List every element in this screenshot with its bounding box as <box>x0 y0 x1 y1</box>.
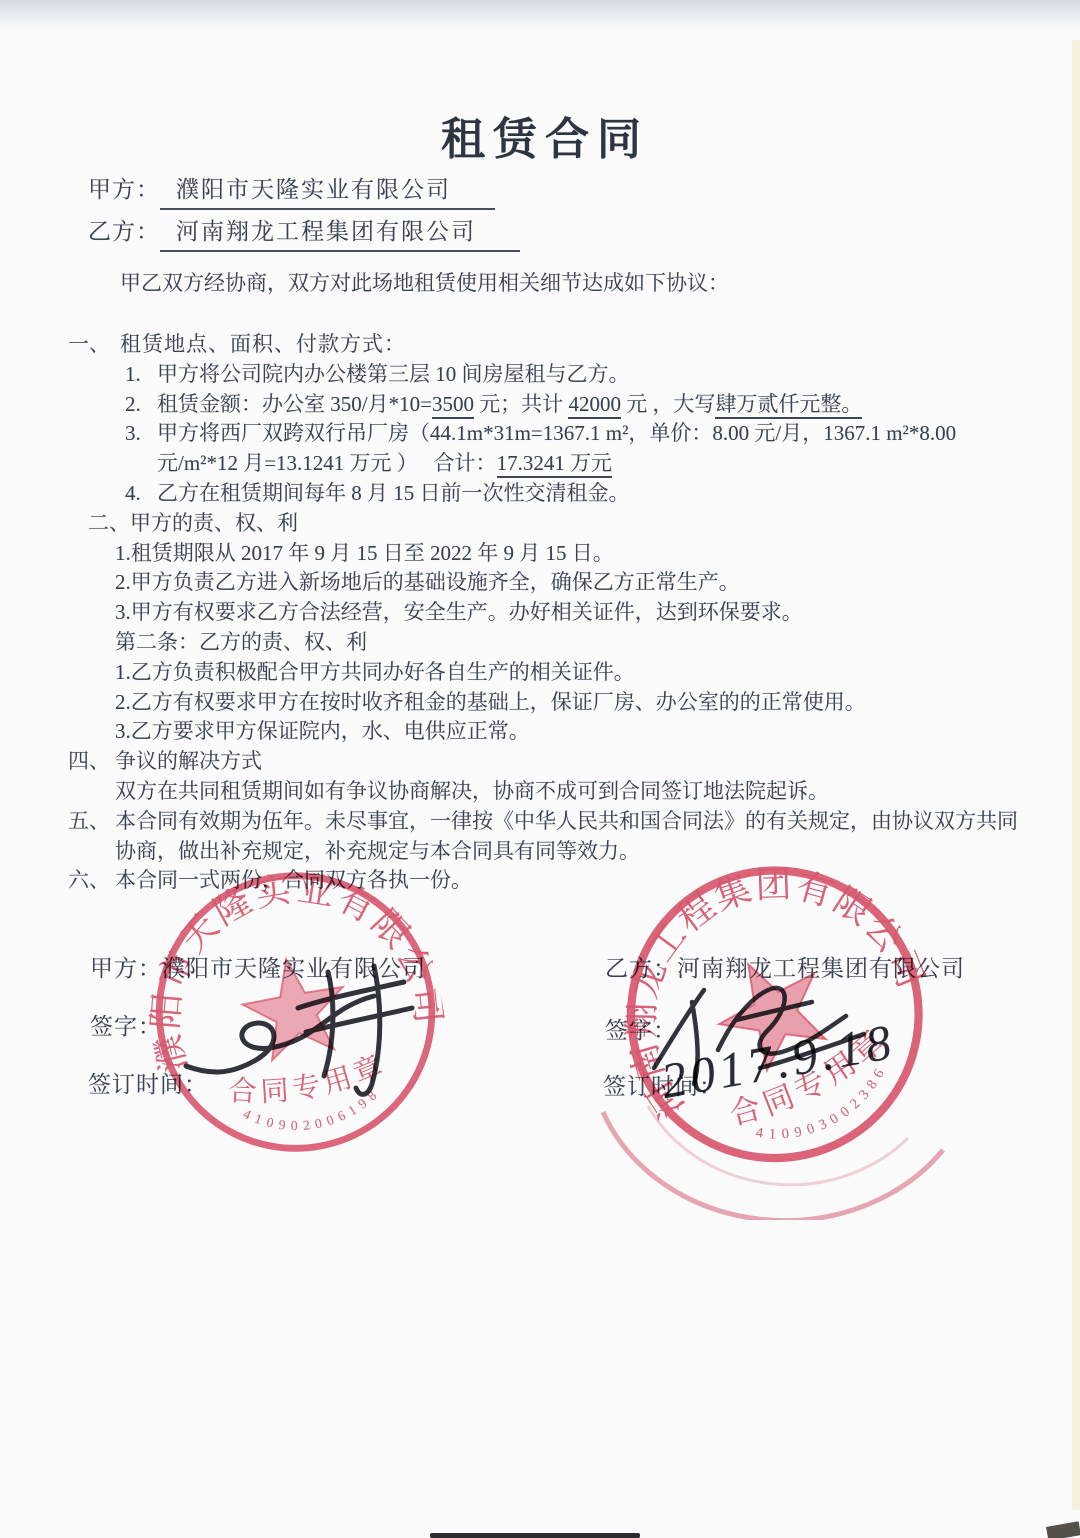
party-b-seal-double-impression <box>588 1100 958 1225</box>
clause-2-2: 2.甲方负责乙方进入新场地后的基础设施齐全，确保乙方正常生产。 <box>115 568 1022 598</box>
clause-2-1: 1.租赁期限从 2017 年 9 月 15 日至 2022 年 9 月 15 日… <box>115 539 1022 569</box>
clause-2b-3: 3.乙方要求甲方保证院内，水、电供应正常。 <box>115 717 1022 747</box>
amount-in-words-underlined: 肆万贰仟元整。 <box>715 392 862 419</box>
clause-1-2: 2. 租赁金额：办公室 350/月*10=3500 元；共计 42000 元 ，… <box>125 390 1022 420</box>
party-a-label: 甲方： <box>88 177 160 202</box>
clause-1-1: 1. 甲方将公司院内办公楼第三层 10 间房屋租与乙方。 <box>125 360 1022 390</box>
contract-page: 租赁合同 甲方：濮阳市天隆实业有限公司 乙方：河南翔龙工程集团有限公司 甲乙双方… <box>0 0 1080 1538</box>
clause-1-4: 4. 乙方在租赁期间每年 8 月 15 日前一次性交清租金。 <box>125 479 1022 509</box>
section-5: 五、 本合同有效期为伍年。未尽事宜，一律按《中华人民共和国合同法》的有关规定，由… <box>68 807 1022 867</box>
party-a-header: 甲方：濮阳市天隆实业有限公司 <box>88 172 1022 210</box>
party-b-name: 河南翔龙工程集团有限公司 <box>160 214 520 252</box>
clause-1-3: 3. 甲方将西厂双跨双行吊厂房（44.1m*31m=1367.1 m²，单价：8… <box>125 419 1022 479</box>
party-a-name: 濮阳市天隆实业有限公司 <box>160 172 495 210</box>
clause-2b-2: 2.乙方有权要求甲方在按时收齐租金的基础上，保证厂房、办公室的的正常使用。 <box>115 688 1022 718</box>
section-2-heading: 二、 甲方的责、权、利 <box>68 509 1022 539</box>
intro-paragraph: 甲乙双方经协商，双方对此场地租赁使用相关细节达成如下协议： <box>68 268 1022 298</box>
clause-2b-1: 1.乙方负责积极配合甲方共同办好各自生产的相关证件。 <box>115 658 1022 688</box>
scan-edge-artifact-bottom <box>430 1533 640 1538</box>
party-b-header: 乙方：河南翔龙工程集团有限公司 <box>88 214 1022 252</box>
section-4-heading: 四、 争议的解决方式 <box>68 747 1022 777</box>
clause-2-3: 3.甲方有权要求乙方合法经营，安全生产。办好相关证件，达到环保要求。 <box>115 598 1022 628</box>
party-b-label: 乙方： <box>88 219 160 244</box>
total-amount-underlined: 42000 <box>568 392 621 419</box>
page-title: 租赁合同 <box>68 0 1022 168</box>
clauses: 一、 租赁地点、面积、付款方式： 1. 甲方将公司院内办公楼第三层 10 间房屋… <box>68 330 1022 896</box>
section-1-heading: 一、 租赁地点、面积、付款方式： <box>68 330 1022 360</box>
party-a-signature <box>178 948 448 1113</box>
section-2b-heading: 第二条：乙方的责、权、利 <box>115 628 1022 658</box>
clause-4-body: 双方在共同租赁期间如有争议协商解决，协商不成可到合同签订地法院起诉。 <box>115 777 1022 807</box>
rent-amount-underlined: 3500 <box>432 392 474 419</box>
scan-edge-artifact-corner <box>1046 1521 1080 1538</box>
grand-total-underlined: 17.3241 万元 <box>497 451 613 478</box>
